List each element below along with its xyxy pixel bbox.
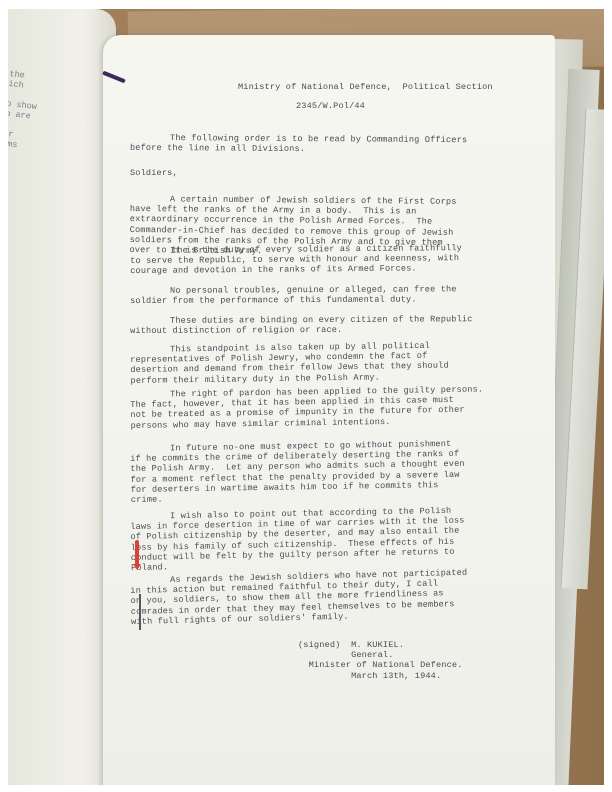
left-page-fragment-text: the ich o show o are er ems — [8, 69, 40, 152]
intro-paragraph: The following order is to be read by Com… — [130, 133, 467, 156]
paragraph: No personal troubles, genuine or alleged… — [130, 284, 457, 306]
paragraph: The right of pardon has been applied to … — [130, 384, 484, 430]
red-arrow-annotation-icon — [135, 540, 139, 568]
document-header: Ministry of National Defence, Political … — [238, 82, 493, 92]
paragraph: This standpoint is also taken up by all … — [130, 341, 449, 386]
left-page: the ich o show o are er ems — [8, 9, 116, 785]
paragraph: As regards the Jewish soldiers who have … — [130, 568, 468, 627]
margin-line-annotation — [139, 594, 141, 630]
paragraph: It is the duty of every soldier as a cit… — [130, 243, 462, 277]
paragraph: I wish also to point out that according … — [130, 506, 465, 574]
salutation: Soldiers, — [130, 168, 178, 178]
paragraph: In future no-one must expect to go witho… — [130, 439, 465, 505]
paragraph: These duties are binding on every citize… — [130, 314, 473, 336]
signature-block: (signed) M. KUKIEL. General. Minister of… — [298, 640, 463, 681]
reference-number: 2345/W.Pol/44 — [296, 101, 365, 111]
